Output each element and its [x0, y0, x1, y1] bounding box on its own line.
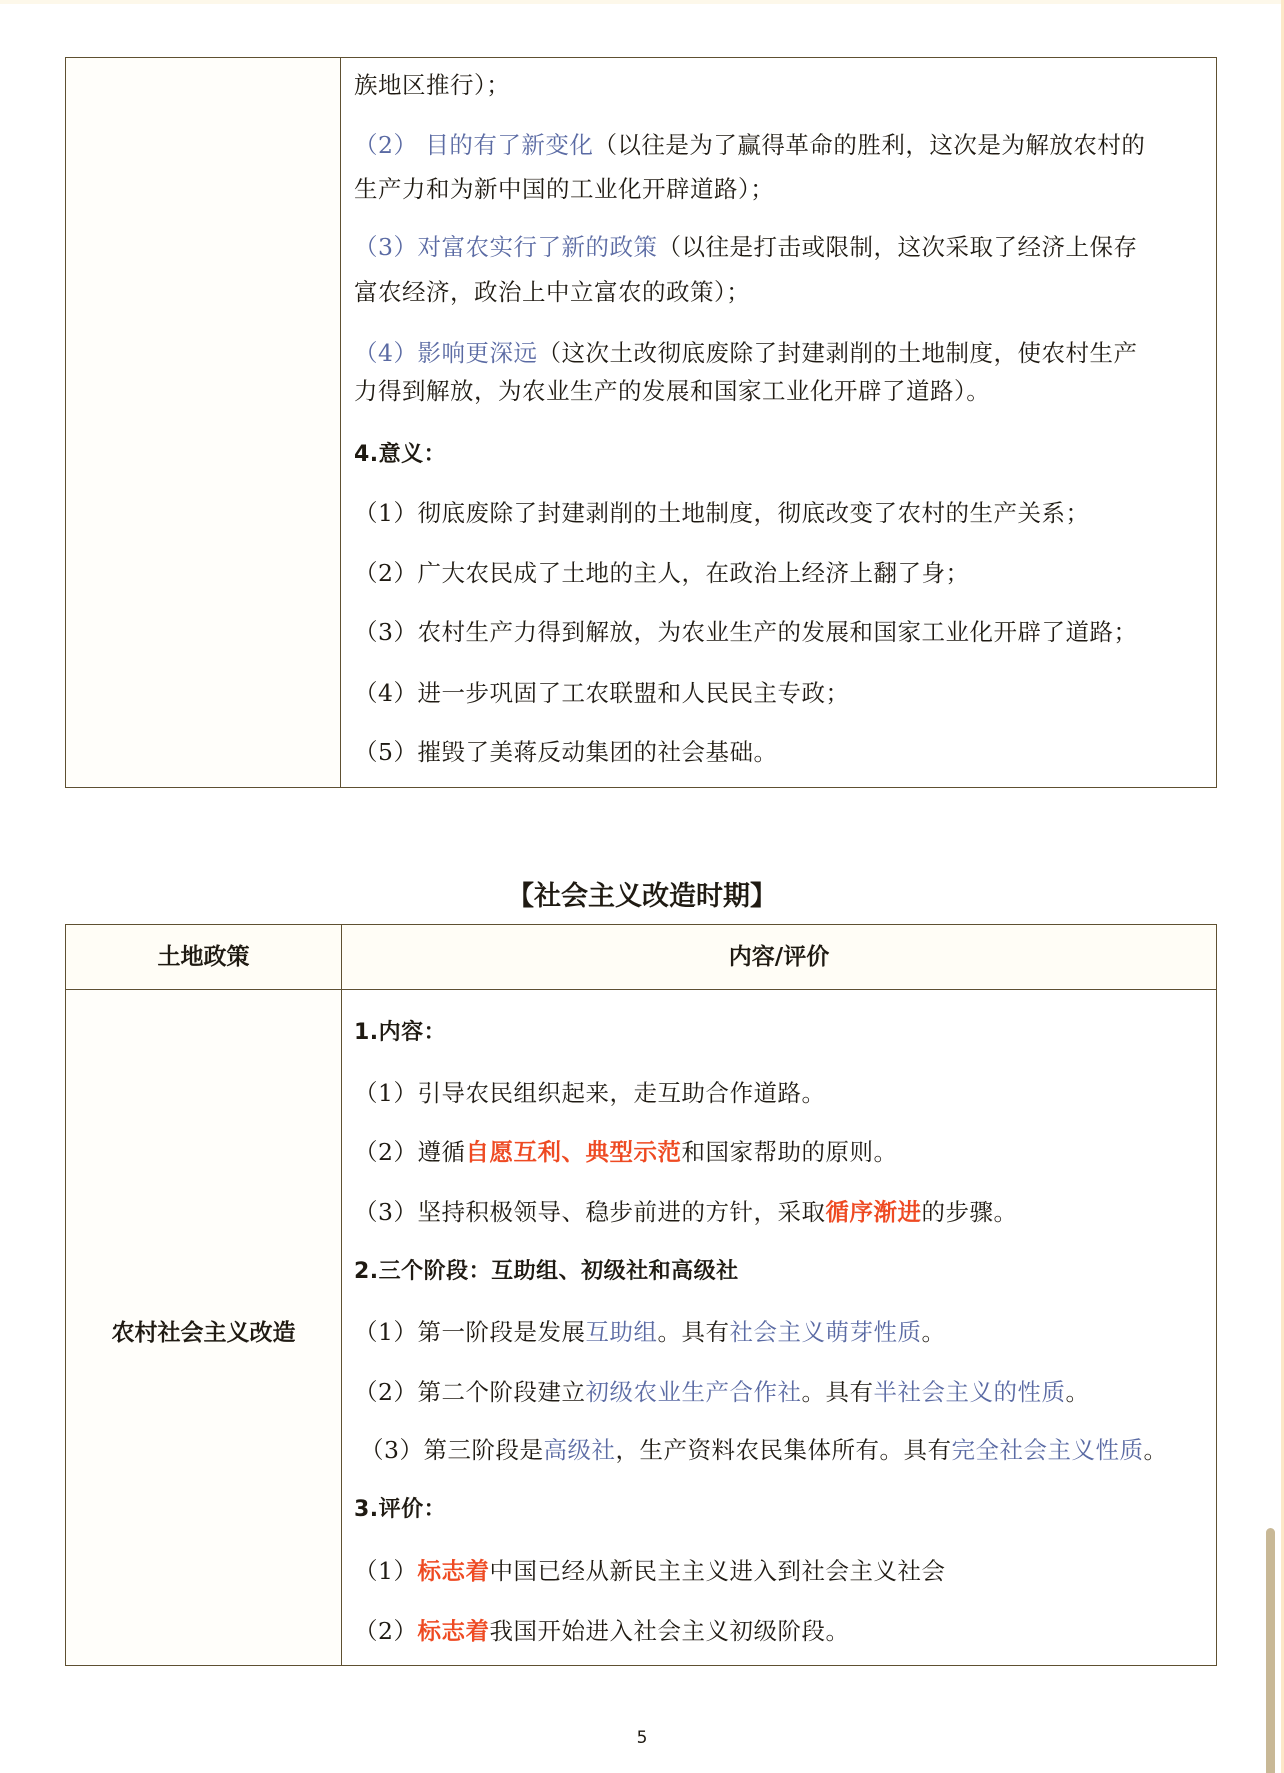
- content-item: （3）坚持积极领导、稳步前进的方针，采取循序渐进的步骤。: [354, 1197, 1017, 1227]
- highlight-term: 初级农业生产合作社: [585, 1378, 801, 1406]
- stages-heading: 2.三个阶段：互助组、初级社和高级社: [354, 1257, 739, 1287]
- text-span: 。: [1143, 1436, 1167, 1464]
- content-item: （2）遵循自愿互利、典型示范和国家帮助的原则。: [354, 1137, 897, 1167]
- significance-item: （5）摧毁了美蒋反动集团的社会基础。: [354, 737, 777, 767]
- highlight-term: 完全社会主义性质: [951, 1436, 1143, 1464]
- highlight-term: 标志着: [417, 1557, 489, 1585]
- reform-feature-4: （4）影响更深远（这次土改彻底废除了封建剥削的土地制度，使农村生产: [354, 338, 1137, 368]
- significance-item: （3）农村生产力得到解放，为农业生产的发展和国家工业化开辟了道路；: [354, 617, 1137, 647]
- stage-item: （2）第二个阶段建立初级农业生产合作社。具有半社会主义的性质。: [354, 1377, 1089, 1407]
- text-line: 富农经济，政治上中立富农的政策）；: [354, 277, 750, 307]
- text-span: （以往是打击或限制，这次采取了经济上保存: [657, 233, 1137, 261]
- text-span: 。具有: [801, 1378, 873, 1406]
- evaluation-item: （1）标志着中国已经从新民主主义进入到社会主义社会: [354, 1556, 945, 1586]
- page-number: 5: [0, 1728, 1284, 1748]
- text-span: （3）坚持积极领导、稳步前进的方针，采取: [354, 1198, 825, 1226]
- text-span: 和国家帮助的原则。: [681, 1138, 897, 1166]
- text-span: （1）: [354, 1557, 417, 1585]
- item-number: （3）: [354, 233, 417, 261]
- table2: [65, 924, 1217, 1666]
- text-span: 。: [1065, 1378, 1089, 1406]
- text-span: （2）遵循: [354, 1138, 465, 1166]
- evaluation-item: （2）标志着我国开始进入社会主义初级阶段。: [354, 1616, 849, 1646]
- text-span: 。: [921, 1318, 945, 1346]
- reform-feature-2: （2） 目的有了新变化（以往是为了赢得革命的胜利，这次是为解放农村的: [354, 130, 1145, 160]
- section-title: 【社会主义改造时期】: [0, 874, 1284, 913]
- highlight-term: 互助组: [585, 1318, 657, 1346]
- text-span: ，生产资料农民集体所有。具有: [615, 1436, 951, 1464]
- text-span: （3）第三阶段是: [360, 1436, 543, 1464]
- column-header-policy: 土地政策: [66, 942, 341, 972]
- significance-item: （2）广大农民成了土地的主人，在政治上经济上翻了身；: [354, 558, 969, 588]
- text-span: 。具有: [657, 1318, 729, 1346]
- text-line: 生产力和为新中国的工业化开辟道路）；: [354, 174, 774, 204]
- text-line: 力得到解放，为农业生产的发展和国家工业化开辟了道路）。: [354, 376, 990, 406]
- text-span: （2）: [354, 1617, 417, 1645]
- reform-feature-3: （3）对富农实行了新的政策（以往是打击或限制，这次采取了经济上保存: [354, 232, 1137, 262]
- column-header-content: 内容/评价: [342, 942, 1216, 972]
- text-span: （2）第二个阶段建立: [354, 1378, 585, 1406]
- highlight-term: 社会主义萌芽性质: [729, 1318, 921, 1346]
- row-label: 农村社会主义改造: [66, 1318, 341, 1348]
- highlight-term: 半社会主义的性质: [873, 1378, 1065, 1406]
- highlight-term: 标志着: [417, 1617, 489, 1645]
- significance-heading: 4.意义：: [354, 440, 446, 470]
- page-top-edge: [0, 0, 1284, 4]
- text-span: 中国已经从新民主主义进入到社会主义社会: [489, 1557, 945, 1585]
- text-line: 族地区推行）；: [354, 70, 510, 100]
- significance-item: （1）彻底废除了封建剥削的土地制度，彻底改变了农村的生产关系；: [354, 498, 1089, 528]
- table1-column-divider: [340, 58, 341, 787]
- evaluation-heading: 3.评价：: [354, 1495, 446, 1525]
- highlight-term: 高级社: [543, 1436, 615, 1464]
- item-number: （2）: [354, 131, 417, 159]
- text-span: 的步骤。: [921, 1198, 1017, 1226]
- table2-header-divider: [66, 989, 1216, 990]
- stage-item: （3）第三阶段是高级社，生产资料农民集体所有。具有完全社会主义性质。: [360, 1435, 1167, 1465]
- text-span: （这次土改彻底废除了封建剥削的土地制度，使农村生产: [537, 339, 1137, 367]
- stage-item: （1）第一阶段是发展互助组。具有社会主义萌芽性质。: [354, 1317, 945, 1347]
- table2-column-divider: [341, 925, 342, 1665]
- highlight-term: 目的有了新变化: [417, 131, 593, 159]
- significance-item: （4）进一步巩固了工农联盟和人民民主专政；: [354, 678, 849, 708]
- text-span: （以往是为了赢得革命的胜利，这次是为解放农村的: [593, 131, 1145, 159]
- text-span: （1）第一阶段是发展: [354, 1318, 585, 1346]
- text-span: 我国开始进入社会主义初级阶段。: [489, 1617, 849, 1645]
- content-item: （1）引导农民组织起来，走互助合作道路。: [354, 1078, 825, 1108]
- content-heading: 1.内容：: [354, 1018, 446, 1048]
- highlight-term: 循序渐进: [825, 1198, 921, 1226]
- highlight-term: 影响更深远: [417, 339, 537, 367]
- item-number: （4）: [354, 339, 417, 367]
- highlight-term: 自愿互利、典型示范: [465, 1138, 681, 1166]
- highlight-term: 对富农实行了新的政策: [417, 233, 657, 261]
